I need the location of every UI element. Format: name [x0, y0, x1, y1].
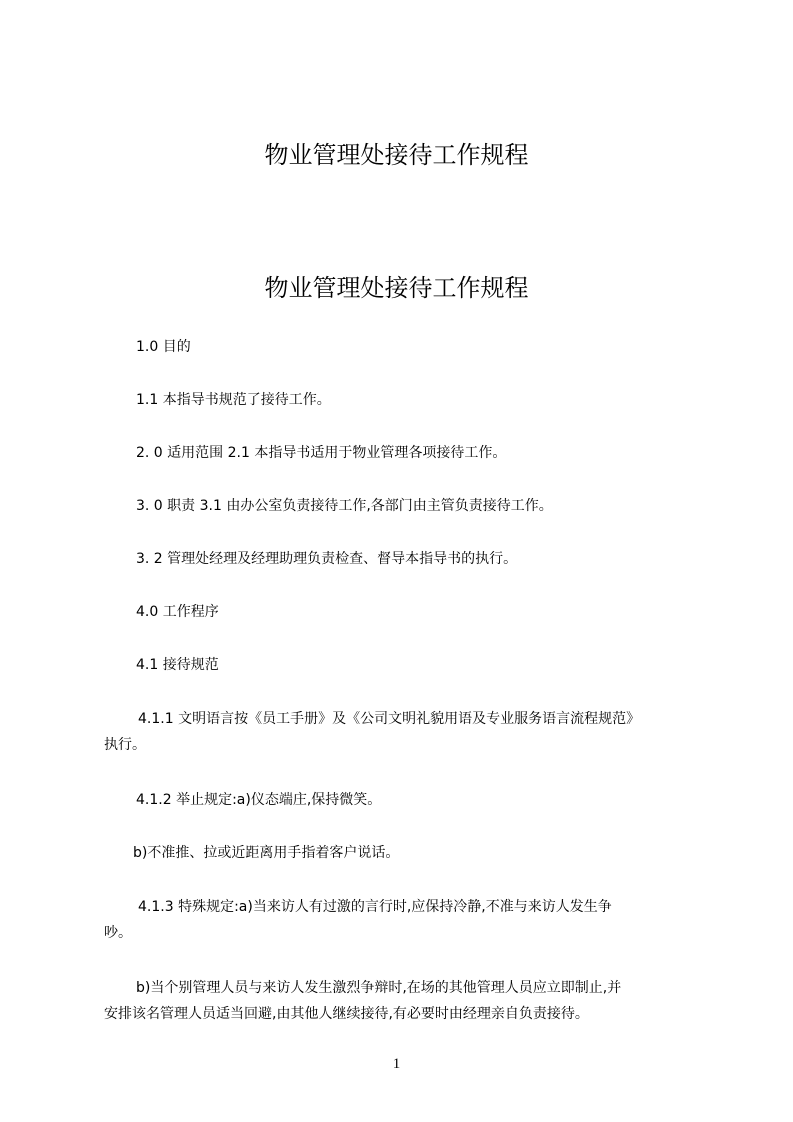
- section-4-1-1-line1: 4.1.1 文明语言按《员工手册》及《公司文明礼貌用语及专业服务语言流程规范》: [138, 709, 640, 729]
- cover-title: 物业管理处接待工作规程: [0, 140, 793, 170]
- section-4-1-2: 4.1.2 举止规定:a)仪态端庄,保持微笑。: [136, 790, 381, 810]
- section-1-0: 1.0 目的: [136, 337, 191, 357]
- page-number: 1: [0, 1056, 793, 1073]
- section-1-1: 1.1 本指导书规范了接待工作。: [136, 390, 331, 410]
- section-4-1-3-line2: 吵。: [104, 923, 132, 943]
- section-2-0: 2. 0 适用范围 2.1 本指导书适用于物业管理各项接待工作。: [136, 443, 506, 463]
- section-4-0: 4.0 工作程序: [136, 602, 219, 622]
- section-3-2: 3. 2 管理处经理及经理助理负责检查、督导本指导书的执行。: [136, 549, 517, 569]
- section-3-0: 3. 0 职责 3.1 由办公室负责接待工作,各部门由主管负责接待工作。: [136, 496, 553, 516]
- section-4-1-3-line1: 4.1.3 特殊规定:a)当来访人有过激的言行时,应保持冷静,不准与来访人发生争: [138, 897, 612, 917]
- document-title: 物业管理处接待工作规程: [0, 273, 793, 303]
- section-4-1-2-b: b)不准推、拉或近距离用手指着客户说话。: [133, 843, 399, 863]
- section-4-1-3-b-line2: 安排该名管理人员适当回避,由其他人继续接待,有必要时由经理亲自负责接待。: [104, 1004, 589, 1024]
- section-4-1: 4.1 接待规范: [136, 655, 219, 675]
- section-4-1-3-b-line1: b)当个别管理人员与来访人发生激烈争辩时,在场的其他管理人员应立即制止,并: [136, 978, 621, 998]
- section-4-1-1-line2: 执行。: [104, 735, 146, 755]
